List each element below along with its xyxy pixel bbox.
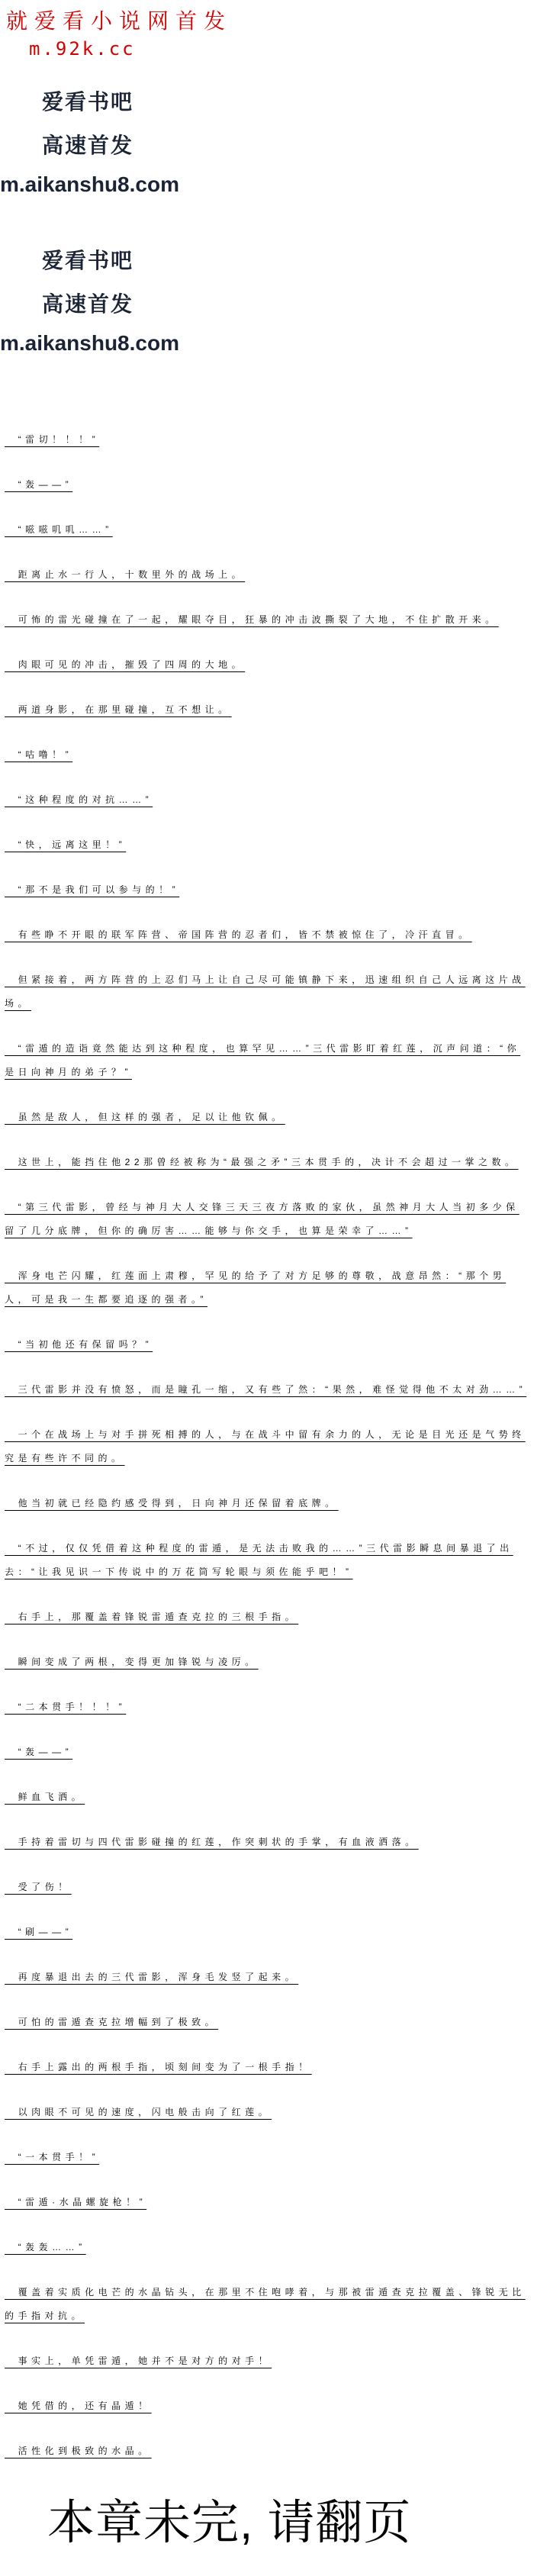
novel-paragraph: “雷遁的造诣竟然能达到这种程度，也算罕见……”三代雷影盯着红莲，沉声问道：“你是… (5, 1037, 529, 1084)
novel-paragraph: “当初他还有保留吗？” (5, 1333, 529, 1357)
novel-paragraph: “雷切！！！” (5, 428, 529, 452)
novel-paragraph: 浑身电芒闪耀，红莲面上肃穆，罕见的给予了对方足够的尊敬，战意昂然：“那个男人，可… (5, 1264, 529, 1312)
novel-paragraph: 覆盖着实质化电芒的水晶钻头，在那里不住咆哮着，与那被雷遁查克拉覆盖、锋锐无比的手… (5, 2281, 529, 2328)
novel-paragraph: “雷遁·水晶螺旋枪！” (5, 2191, 529, 2214)
novel-paragraph: 她凭借的，还有晶遁！ (5, 2394, 529, 2418)
novel-paragraph: 瞬间变成了两根，变得更加锋锐与凌厉。 (5, 1650, 529, 1674)
novel-paragraph: 肉眼可见的冲击，摧毁了四周的大地。 (5, 653, 529, 677)
novel-paragraph: 三代雷影并没有愤怒，而是瞳孔一缩，又有些了然：“果然，难怪觉得他不太对劲……” (5, 1378, 529, 1402)
promo-line-2: 高速首发 (42, 129, 534, 159)
novel-paragraph: “二本贯手！！！” (5, 1695, 529, 1719)
novel-paragraph: “不过，仅仅凭借着这种程度的雷遁，是无法击败我的……”三代雷影瞬息间暴退了出去：… (5, 1537, 529, 1584)
novel-paragraph: 虽然是敌人，但这样的强者，足以让他钦佩。 (5, 1106, 529, 1129)
novel-paragraph: 但紧接着，两方阵营的上忍们马上让自己尽可能镇静下来，迅速组织自己人远离这片战场。 (5, 968, 529, 1016)
novel-paragraph: “轰轰……” (5, 2236, 529, 2259)
promo-line-2: 高速首发 (42, 288, 534, 318)
novel-paragraph: “刷——” (5, 1921, 529, 1944)
novel-paragraph: “那不是我们可以参与的！” (5, 878, 529, 902)
novel-paragraph: “快，远离这里！” (5, 833, 529, 857)
watermark-site-name: 就爱看小说网首发 (6, 5, 534, 35)
novel-paragraph: “咕噜！” (5, 743, 529, 767)
promo-block-1: 爱看书吧 高速首发 m.aikanshu8.com (0, 85, 534, 197)
novel-paragraph: 他当初就已经隐约感受得到，日向神月还保留着底牌。 (5, 1492, 529, 1515)
novel-paragraph: 有些睁不开眼的联军阵营、帝国阵营的忍者们，皆不禁被惊住了，冷汗直冒。 (5, 923, 529, 947)
promo-block-2: 爱看书吧 高速首发 m.aikanshu8.com (0, 244, 534, 356)
novel-paragraph: “一本贯手！” (5, 2146, 529, 2169)
novel-paragraph: “轰——” (5, 473, 529, 497)
novel-paragraph: 可怕的雷遁查克拉增幅到了极致。 (5, 2011, 529, 2034)
promo-line-1: 爱看书吧 (42, 244, 534, 275)
page-turn-notice: 本章未完, 请翻页 (47, 2484, 534, 2552)
novel-paragraph: 手持着雷切与四代雷影碰撞的红莲，作突刺状的手掌，有血液洒落。 (5, 1831, 529, 1854)
novel-paragraph: 这世上，能挡住他22那曾经被称为“最强之矛”三本贯手的，决计不会超过一掌之数。 (5, 1151, 529, 1174)
novel-paragraph: 鲜血飞洒。 (5, 1785, 529, 1809)
promo-site-url: m.aikanshu8.com (0, 331, 534, 356)
novel-paragraph: “嗞嗞叽叽……” (5, 518, 529, 542)
promo-site-url: m.aikanshu8.com (0, 172, 534, 197)
novel-paragraph: 事实上，单凭雷遁，她并不是对方的对手！ (5, 2349, 529, 2373)
novel-paragraph: 以肉眼不可见的速度，闪电般击向了红莲。 (5, 2101, 529, 2124)
novel-paragraph: 受了伤！ (5, 1876, 529, 1899)
novel-paragraph: “这种程度的对抗……” (5, 788, 529, 812)
chapter-text: “雷切！！！” “轰——” “嗞嗞叽叽……” 距离止水一行人，十数里外的战场上。… (0, 428, 534, 2463)
novel-paragraph: “轰——” (5, 1740, 529, 1764)
promo-line-1: 爱看书吧 (42, 85, 534, 116)
novel-paragraph: “第三代雷影，曾经与神月大人交锋三天三夜方落败的家伙，虽然神月大人当初多少保留了… (5, 1196, 529, 1243)
novel-paragraph: 右手上，那覆盖着锋锐雷遁查克拉的三根手指。 (5, 1605, 529, 1629)
novel-paragraph: 可怖的雷光碰撞在了一起，耀眼夺目，狂暴的冲击波撕裂了大地，不住扩散开来。 (5, 608, 529, 632)
novel-reader-page: 就爱看小说网首发 m.92k.cc 爱看书吧 高速首发 m.aikanshu8.… (0, 5, 534, 2552)
novel-paragraph: 两道身影，在那里碰撞，互不想让。 (5, 698, 529, 722)
novel-paragraph: 活性化到极致的水晶。 (5, 2439, 529, 2463)
novel-paragraph: 一个在战场上与对手拼死相搏的人，与在战斗中留有余力的人，无论是目光还是气势终究是… (5, 1423, 529, 1470)
novel-paragraph: 右手上露出的两根手指，顷刻间变为了一根手指！ (5, 2056, 529, 2079)
novel-paragraph: 距离止水一行人，十数里外的战场上。 (5, 563, 529, 587)
novel-paragraph: 再度暴退出去的三代雷影，浑身毛发竖了起来。 (5, 1966, 529, 1989)
watermark-site-url: m.92k.cc (29, 38, 534, 60)
